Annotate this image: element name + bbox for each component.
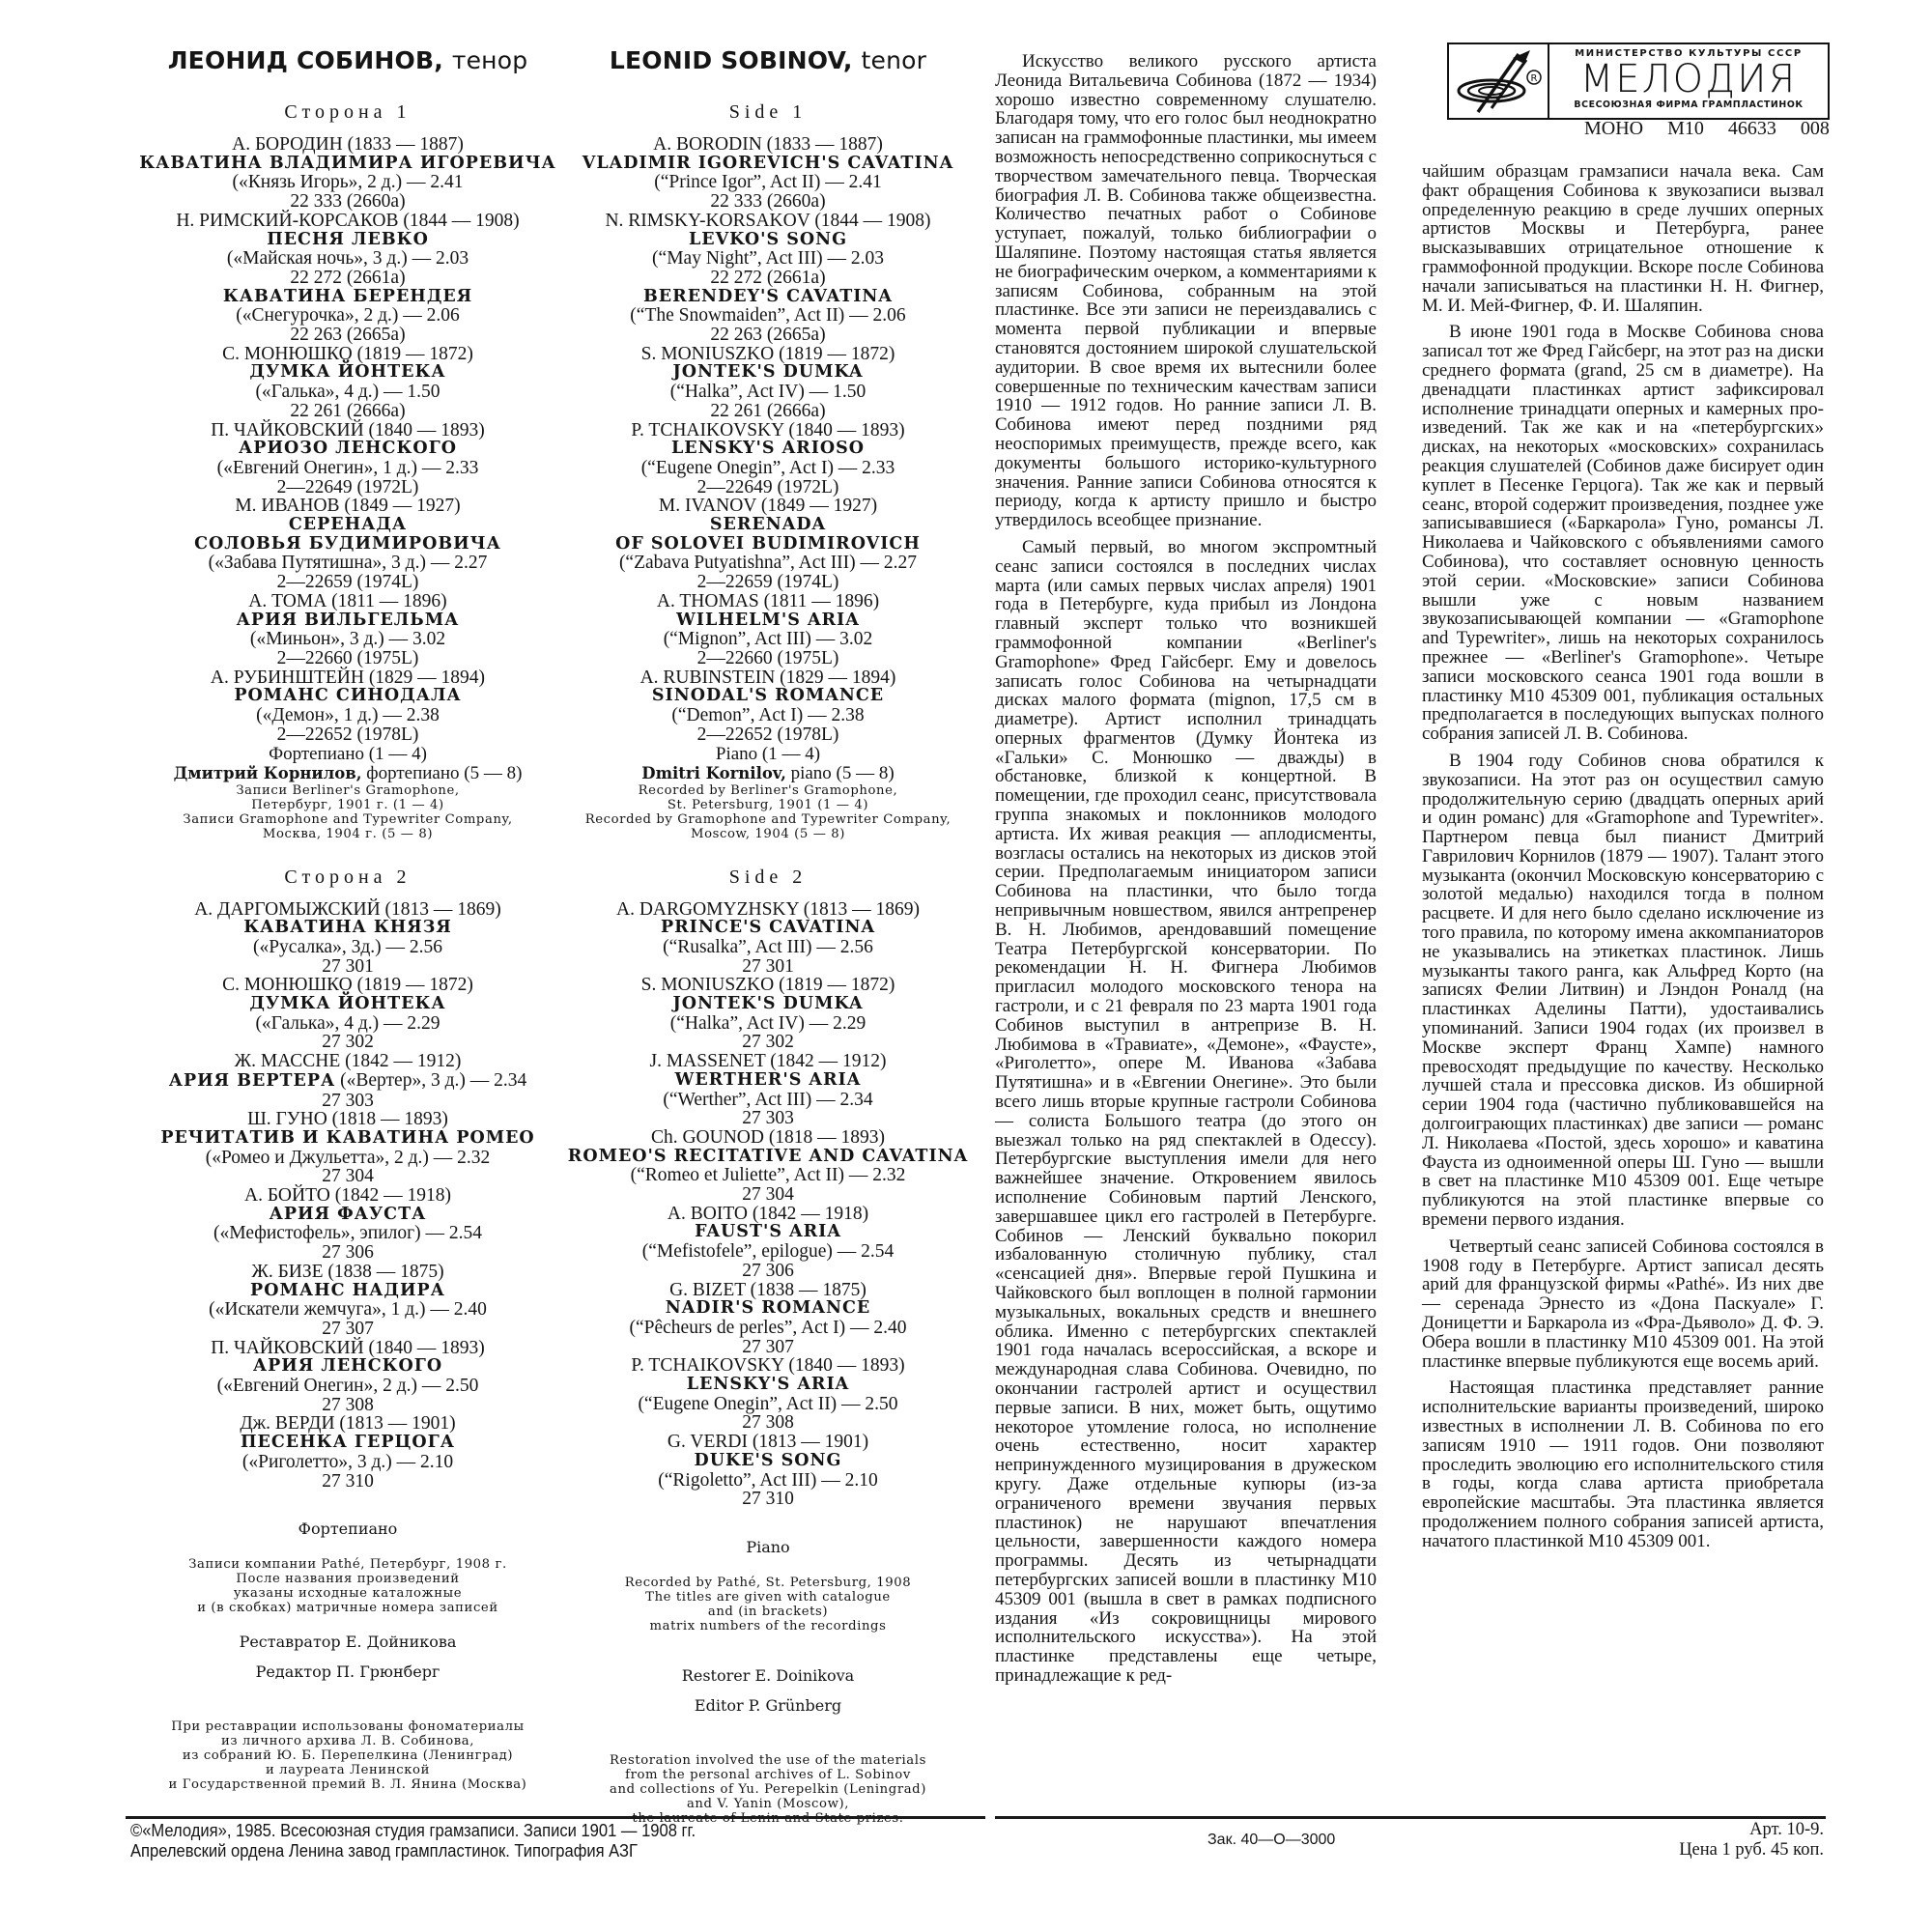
track-composer: Ж. МАССНЕ (1842 — 1912) [126,1052,570,1071]
track-en-1-1: A. BORODIN (1833 — 1887) VLADIMIR IGOREV… [560,135,976,212]
recording-note: и (в скобках) матричные номера записей [126,1601,570,1615]
track-source: («Миньон», 3 д.) — 3.02 [126,630,570,649]
track-title: JONTEK'S DUMKA [560,363,976,383]
track-title: DUKE'S SONG [560,1452,976,1471]
track-en-1-2: N. RIMSKY-KORSAKOV (1844 — 1908) LEVKO'S… [560,212,976,288]
pianist-name: Dmitri Kornilov, [641,764,786,782]
track-source: («Евгений Онегин», 2 д.) — 2.50 [126,1377,570,1396]
pianist-role: piano (5 — 8) [791,763,895,783]
track-catalog: 22 263 (2665а) [126,326,570,345]
track-title: ДУМКА ЙОНТЕКА [126,363,570,383]
track-catalog: 22 261 (2666а) [126,402,570,421]
track-catalog: 27 301 [126,957,570,977]
track-catalog: 22 333 (2660a) [560,192,976,212]
track-title: РЕЧИТАТИВ И КАВАТИНА РОМЕО [126,1129,570,1149]
track-source: (“Demon”, Act I) — 2.38 [560,706,976,725]
track-composer: P. TCHAIKOVSKY (1840 — 1893) [560,421,976,440]
restoration-note: and V. Yanin (Moscow), [560,1797,976,1811]
recording-note: Москва, 1904 г. (5 — 8) [126,827,570,841]
tracklist-russian: ЛЕОНИД СОБИНОВ, тенор Сторона 1 А. БОРОД… [126,0,570,1792]
track-ru-1-3: КАВАТИНА БЕРЕНДЕЯ («Снегурочка», 2 д.) —… [126,288,570,345]
restoration-note: из личного архива Л. В. Собинова, [126,1734,570,1748]
track-source: (“Halka”, Act IV) — 2.29 [560,1014,976,1034]
track-catalog: 27 306 [126,1243,570,1263]
track-source: (“Eugene Onegin”, Act II) — 2.50 [560,1395,976,1414]
essay-paragraph: Искусство великого русского артиста Леон… [995,52,1377,530]
recording-note: Recorded by Gramophone and Typewriter Co… [560,812,976,827]
track-composer: S. MONIUSZKO (1819 — 1872) [560,345,976,364]
track-composer: А. ДАРГОМЫЖСКИЙ (1813 — 1869) [126,900,570,920]
recording-note: The titles are given with catalogue [560,1590,976,1605]
track-composer: Н. РИМСКИЙ-КОРСАКОВ (1844 — 1908) [126,212,570,231]
track-source: (“May Night”, Act III) — 2.03 [560,249,976,269]
piano-credit-en-2: Piano [560,1538,976,1556]
track-en-1-6: M. IVANOV (1849 — 1927) SERENADA OF SOLO… [560,497,976,592]
side1-tracks-ru: А. БОРОДИН (1833 — 1887) КАВАТИНА ВЛАДИМ… [126,135,570,745]
track-composer: A. RUBINSTEIN (1829 — 1894) [560,668,976,688]
article-code: Арт. 10-9. [1679,1820,1824,1840]
track-en-1-5: P. TCHAIKOVSKY (1840 — 1893) LENSKY'S AR… [560,421,976,497]
track-title: КАВАТИНА КНЯЗЯ [126,919,570,938]
footer-divider-right [995,1816,1826,1819]
track-title: ПЕСНЯ ЛЕВКО [126,231,570,250]
track-catalog: 22 333 (2660а) [126,192,570,212]
track-title: АРИЯ ВИЛЬГЕЛЬМА [126,611,570,631]
track-title: LENSKY'S ARIOSO [560,440,976,459]
track-source: («Евгений Онегин», 1 д.) — 2.33 [126,459,570,478]
track-composer: П. ЧАЙКОВСКИЙ (1840 — 1893) [126,1339,570,1358]
side1-tracks-en: A. BORODIN (1833 — 1887) VLADIMIR IGOREV… [560,135,976,745]
track-composer: A. DARGOMYZHSKY (1813 — 1869) [560,900,976,920]
footer-publisher-info: ©«Мелодия», 1985. Всесоюзная студия грам… [130,1821,696,1861]
melodiya-record-emblem-icon: R [1449,44,1549,118]
track-catalog: 2—22649 (1972L) [126,478,570,497]
track-catalog: 27 303 [560,1109,976,1128]
track-source: («Демон», 1 д.) — 2.38 [126,706,570,725]
track-catalog: 2—22649 (1972L) [560,478,976,497]
footer-line-2: Апрелевский ордена Ленина завод грамплас… [130,1841,696,1861]
track-catalog: 27 310 [126,1472,570,1492]
track-title: РОМАНС НАДИРА [126,1282,570,1301]
track-title: FAUST'S ARIA [560,1223,976,1242]
track-source: («Галька», 4 д.) — 1.50 [126,383,570,402]
track-source: («Мефистофель», эпилог) — 2.54 [126,1224,570,1243]
tracklist-english: LEONID SOBINOV, tenor Side 1 A. BORODIN … [560,0,976,1826]
track-composer: J. MASSENET (1842 — 1912) [560,1052,976,1071]
track-composer: М. ИВАНОВ (1849 — 1927) [126,497,570,516]
restoration-note: При реставрации использованы фономатериа… [126,1719,570,1734]
track-source: («Вертер», 3 д.) — 2.34 [340,1070,526,1091]
track-source: («Русалка», 3д.) — 2.56 [126,938,570,957]
editor-credit-en: Editor P. Grünberg [560,1696,976,1715]
track-composer: P. TCHAIKOVSKY (1840 — 1893) [560,1356,976,1376]
track-title: АРИЯ ЛЕНСКОГО [126,1357,570,1377]
track-title: PRINCE'S CAVATINA [560,919,976,938]
side-label-en-2: Side 2 [560,867,976,889]
track-source: (“Mefistofele”, epilogue) — 2.54 [560,1242,976,1262]
recording-note: St. Petersburg, 1901 (1 — 4) [560,798,976,812]
catalog-number: МОНО М10 46633 008 [1584,118,1830,140]
track-composer: Ch. GOUNOD (1818 — 1893) [560,1128,976,1148]
track-ru-2-8: Дж. ВЕРДИ (1813 — 1901) ПЕСЕНКА ГЕРЦОГА … [126,1414,570,1491]
essay-paragraph: Самый первый, во многом экспромтный сеан… [995,538,1377,1686]
track-title: LENSKY'S ARIA [560,1376,976,1395]
track-title: ПЕСЕНКА ГЕРЦОГА [126,1434,570,1453]
essay-text: чайшим образцам грамзаписи начала века. … [1422,162,1824,1551]
pianist-credit-ru: Дмитрий Корнилов, фортепиано (5 — 8) [126,764,570,783]
track-en-2-5: A. BOITO (1842 — 1918) FAUST'S ARIA (“Me… [560,1205,976,1281]
track-catalog: 2—22660 (1975L) [560,649,976,668]
track-catalog: 27 304 [126,1167,570,1186]
side2-tracks-ru: А. ДАРГОМЫЖСКИЙ (1813 — 1869) КАВАТИНА К… [126,900,570,1492]
track-ru-1-6: М. ИВАНОВ (1849 — 1927) СЕРЕНАДА СОЛОВЬЯ… [126,497,570,592]
piano-credit-ru-2: Фортепиано [126,1520,570,1538]
track-title: SINODAL'S ROMANCE [560,687,976,706]
editor-credit-ru: Редактор П. Грюнберг [126,1662,570,1681]
track-catalog: 2—22659 (1974L) [126,573,570,592]
track-composer: А. РУБИНШТЕЙН (1829 — 1894) [126,668,570,688]
track-title: WERTHER'S ARIA [560,1071,976,1091]
track-catalog: 27 310 [560,1490,976,1509]
track-en-2-8: G. VERDI (1813 — 1901) DUKE'S SONG (“Rig… [560,1433,976,1509]
voice-type-en: tenor [861,46,926,74]
track-title: РОМАНС СИНОДАЛА [126,687,570,706]
side-label-ru-2: Сторона 2 [126,867,570,889]
track-composer: С. МОНЮШКО (1819 — 1872) [126,345,570,364]
track-composer: С. МОНЮШКО (1819 — 1872) [126,976,570,995]
track-source: («Искатели жемчуга», 1 д.) — 2.40 [126,1300,570,1320]
brand-name: МЕЛОДИЯ [1549,59,1828,99]
track-title: КАВАТИНА БЕРЕНДЕЯ [126,288,570,307]
essay-paragraph: чайшим образцам грамзаписи начала века. … [1422,162,1824,315]
track-source: (“Prince Igor”, Act II) — 2.41 [560,173,976,192]
recording-note: Moscow, 1904 (5 — 8) [560,827,976,841]
pianist-credit-en: Dmitri Kornilov, piano (5 — 8) [560,764,976,783]
track-title-line2: СОЛОВЬЯ БУДИМИРОВИЧА [126,535,570,554]
recording-note: Записи Gramophone and Typewriter Company… [126,812,570,827]
track-source: (“Pêcheurs de perles”, Act I) — 2.40 [560,1319,976,1338]
track-title: АРИОЗО ЛЕНСКОГО [126,440,570,459]
recording-notes-ru-2: Записи компании Pathé, Петербург, 1908 г… [126,1557,570,1615]
track-catalog: 27 302 [560,1033,976,1052]
track-title: VLADIMIR IGOREVICH'S CAVATINA [560,155,976,174]
track-title: ДУМКА ЙОНТЕКА [126,995,570,1014]
track-ru-2-4: Ш. ГУНО (1818 — 1893) РЕЧИТАТИВ И КАВАТИ… [126,1110,570,1186]
track-catalog: 22 263 (2665a) [560,326,976,345]
track-source: (“Halka”, Act IV) — 1.50 [560,383,976,402]
track-title: АРИЯ ФАУСТА [126,1206,570,1225]
track-title: JONTEK'S DUMKA [560,995,976,1014]
recording-note: указаны исходные каталожные [126,1586,570,1601]
track-ru-2-2: С. МОНЮШКО (1819 — 1872) ДУМКА ЙОНТЕКА (… [126,976,570,1052]
recording-note: После названия произведений [126,1572,570,1586]
restoration-note: и Государственной премий В. Л. Янина (Мо… [126,1777,570,1792]
recording-note: Recorded by Berliner's Gramophone, [560,783,976,798]
essay-paragraph: В 1904 году Собинов снова обратил­ся к з… [1422,752,1824,1230]
track-catalog: 27 308 [560,1413,976,1433]
track-source: (“The Snowmaiden”, Act II) — 2.06 [560,306,976,326]
restoration-notes-ru: При реставрации использованы фономатериа… [126,1719,570,1792]
track-en-1-3: BERENDEY'S CAVATINA (“The Snowmaiden”, A… [560,288,976,345]
track-ru-2-5: А. БОЙТО (1842 — 1918) АРИЯ ФАУСТА («Меф… [126,1186,570,1263]
track-ru-2-3: Ж. МАССНЕ (1842 — 1912) АРИЯ ВЕРТЕРА («В… [126,1052,570,1110]
essay-paragraph: Четвертый сеанс записей Собинова со­стоя… [1422,1237,1824,1372]
track-title: LEVKO'S SONG [560,231,976,250]
track-title: WILHELM'S ARIA [560,611,976,631]
track-catalog: 22 272 (2661а) [126,269,570,288]
track-composer: A. BOITO (1842 — 1918) [560,1205,976,1224]
track-catalog: 22 261 (2666a) [560,402,976,421]
track-composer: G. BIZET (1838 — 1875) [560,1281,976,1300]
essay-column-1: Искусство великого русского артиста Леон… [995,0,1377,1693]
svg-text:R: R [1531,73,1538,84]
track-ru-2-1: А. ДАРГОМЫЖСКИЙ (1813 — 1869) КАВАТИНА К… [126,900,570,977]
track-source: («Ромео и Джульетта», 2 д.) — 2.32 [126,1149,570,1168]
recording-note: matrix numbers of the recordings [560,1619,976,1634]
recording-note: Петербург, 1901 г. (1 — 4) [126,798,570,812]
track-source: («Забава Путятишна», 3 д.) — 2.27 [126,554,570,573]
restoration-note: и лауреата Ленинской [126,1763,570,1777]
header-en: LEONID SOBINOV, tenor [560,46,976,74]
track-catalog: 27 304 [560,1185,976,1205]
track-en-2-6: G. BIZET (1838 — 1875) NADIR'S ROMANCE (… [560,1281,976,1357]
track-catalog: 2—22659 (1974L) [560,573,976,592]
restoration-note: из собраний Ю. Б. Перепелкина (Ленинград… [126,1748,570,1763]
restoration-note: and collections of Yu. Perepelkin (Lenin… [560,1782,976,1797]
track-catalog: 22 272 (2661a) [560,269,976,288]
track-source: («Майская ночь», 3 д.) — 2.03 [126,249,570,269]
melodiya-wordmark: МИНИСТЕРСТВО КУЛЬТУРЫ СССР МЕЛОДИЯ ВСЕСО… [1549,44,1828,118]
footer-divider-left [126,1816,985,1819]
track-ru-1-5: П. ЧАЙКОВСКИЙ (1840 — 1893) АРИОЗО ЛЕНСК… [126,421,570,497]
restorer-credit-en: Restorer E. Doinikova [560,1666,976,1685]
footer-price-info: Арт. 10-9. Цена 1 руб. 45 коп. [1679,1820,1824,1861]
essay-paragraph: В июне 1901 года в Москве Собинова снова… [1422,323,1824,744]
track-composer: П. ЧАЙКОВСКИЙ (1840 — 1893) [126,421,570,440]
track-source: (“Romeo et Juliette”, Act II) — 2.32 [560,1166,976,1185]
track-source: (“Zabava Putyatishna”, Act III) — 2.27 [560,554,976,573]
track-ru-2-7: П. ЧАЙКОВСКИЙ (1840 — 1893) АРИЯ ЛЕНСКОГ… [126,1339,570,1415]
price: Цена 1 руб. 45 коп. [1679,1840,1824,1861]
track-source: (“Rigoletto”, Act III) — 2.10 [560,1471,976,1491]
restoration-notes-en: Restoration involved the use of the mate… [560,1753,976,1826]
track-en-1-4: S. MONIUSZKO (1819 — 1872) JONTEK'S DUMK… [560,345,976,421]
footer-line-1: ©«Мелодия», 1985. Всесоюзная студия грам… [130,1821,696,1841]
track-source: (“Werther”, Act III) — 2.34 [560,1091,976,1110]
track-ru-1-1: А. БОРОДИН (1833 — 1887) КАВАТИНА ВЛАДИМ… [126,135,570,212]
artist-name-ru: ЛЕОНИД СОБИНОВ, [168,46,443,74]
track-en-2-1: A. DARGOMYZHSKY (1813 — 1869) PRINCE'S C… [560,900,976,977]
track-catalog: 2—22652 (1978L) [560,725,976,745]
piano-credit-ru-1: Фортепиано (1 — 4) [126,745,570,764]
track-source: (“Eugene Onegin”, Act I) — 2.33 [560,459,976,478]
track-catalog: 27 301 [560,957,976,977]
track-ru-2-6: Ж. БИЗЕ (1838 — 1875) РОМАНС НАДИРА («Ис… [126,1263,570,1339]
mono-label: МОНО [1584,118,1643,139]
track-composer: M. IVANOV (1849 — 1927) [560,497,976,516]
essay-paragraph: Настоящая пластинка представляет ранние … [1422,1378,1824,1550]
track-catalog: 27 307 [560,1338,976,1357]
track-en-2-3: J. MASSENET (1842 — 1912) WERTHER'S ARIA… [560,1052,976,1128]
side-label-en-1: Side 1 [560,101,976,124]
track-title: АРИЯ ВЕРТЕРА [169,1071,336,1091]
restoration-note: from the personal archives of L. Sobinov [560,1768,976,1782]
recording-note: and (in brackets) [560,1605,976,1619]
restorer-credit-ru: Реставратор Е. Дойникова [126,1633,570,1651]
track-composer: А. БОРОДИН (1833 — 1887) [126,135,570,155]
track-title: SERENADA [560,516,976,535]
piano-credit-en-1: Piano (1 — 4) [560,745,976,764]
track-ru-1-8: А. РУБИНШТЕЙН (1829 — 1894) РОМАНС СИНОД… [126,668,570,745]
track-catalog: 27 302 [126,1033,570,1052]
track-composer: А. ТОМА (1811 — 1896) [126,592,570,611]
recording-note: Записи Berliner's Gramophone, [126,783,570,798]
track-catalog: 27 308 [126,1396,570,1415]
track-composer: N. RIMSKY-KORSAKOV (1844 — 1908) [560,212,976,231]
melodiya-logo: R МИНИСТЕРСТВО КУЛЬТУРЫ СССР МЕЛОДИЯ ВСЕ… [1447,43,1830,120]
track-composer: A. THOMAS (1811 — 1896) [560,592,976,611]
track-composer: G. VERDI (1813 — 1901) [560,1433,976,1452]
pianist-role: фортепиано (5 — 8) [366,763,522,783]
track-composer: A. BORODIN (1833 — 1887) [560,135,976,155]
recording-notes-ru-1: Записи Berliner's Gramophone, Петербург,… [126,783,570,841]
track-title: ROMEO'S RECITATIVE AND CAVATINA [560,1148,976,1167]
track-en-2-7: P. TCHAIKOVSKY (1840 — 1893) LENSKY'S AR… [560,1356,976,1433]
essay-text: Искусство великого русского артиста Леон… [995,52,1377,1686]
track-composer: А. БОЙТО (1842 — 1918) [126,1186,570,1206]
catalog-code: М10 46633 008 [1667,118,1830,139]
voice-type-ru: тенор [452,46,527,74]
track-ru-1-4: С. МОНЮШКО (1819 — 1872) ДУМКА ЙОНТЕКА (… [126,345,570,421]
track-title: СЕРЕНАДА [126,516,570,535]
order-number: Зак. 40—О—3000 [1207,1832,1335,1849]
track-source: (“Rusalka”, Act III) — 2.56 [560,938,976,957]
firm-label: ВСЕСОЮЗНАЯ ФИРМА ГРАМПЛАСТИНОК [1549,99,1828,110]
track-source: (“Mignon”, Act III) — 3.02 [560,630,976,649]
track-title-line: АРИЯ ВЕРТЕРА («Вертер», 3 д.) — 2.34 [126,1071,570,1092]
track-source: («Князь Игорь», 2 д.) — 2.41 [126,173,570,192]
artist-name-en: LEONID SOBINOV, [610,46,853,74]
track-composer: Ш. ГУНО (1818 — 1893) [126,1110,570,1129]
track-en-1-8: A. RUBINSTEIN (1829 — 1894) SINODAL'S RO… [560,668,976,745]
track-catalog: 27 303 [126,1092,570,1111]
track-ru-1-7: А. ТОМА (1811 — 1896) АРИЯ ВИЛЬГЕЛЬМА («… [126,592,570,668]
side-label-ru-1: Сторона 1 [126,101,570,124]
track-ru-1-2: Н. РИМСКИЙ-КОРСАКОВ (1844 — 1908) ПЕСНЯ … [126,212,570,288]
track-composer: S. MONIUSZKO (1819 — 1872) [560,976,976,995]
track-catalog: 2—22652 (1978L) [126,725,570,745]
track-en-2-4: Ch. GOUNOD (1818 — 1893) ROMEO'S RECITAT… [560,1128,976,1205]
track-composer: Ж. БИЗЕ (1838 — 1875) [126,1263,570,1282]
recording-notes-en-1: Recorded by Berliner's Gramophone, St. P… [560,783,976,841]
recording-notes-en-2: Recorded by Pathé, St. Petersburg, 1908 … [560,1576,976,1634]
recording-note: Записи компании Pathé, Петербург, 1908 г… [126,1557,570,1572]
track-en-2-2: S. MONIUSZKO (1819 — 1872) JONTEK'S DUMK… [560,976,976,1052]
track-title: NADIR'S ROMANCE [560,1299,976,1319]
track-title: BERENDEY'S CAVATINA [560,288,976,307]
track-composer: Дж. ВЕРДИ (1813 — 1901) [126,1414,570,1434]
track-title: КАВАТИНА ВЛАДИМИРА ИГОРЕВИЧА [126,155,570,174]
track-source: («Галька», 4 д.) — 2.29 [126,1014,570,1034]
track-catalog: 2—22660 (1975L) [126,649,570,668]
essay-column-2: чайшим образцам грамзаписи начала века. … [1422,145,1824,1559]
header-ru: ЛЕОНИД СОБИНОВ, тенор [126,46,570,74]
recording-note: Recorded by Pathé, St. Petersburg, 1908 [560,1576,976,1590]
track-catalog: 27 307 [126,1320,570,1339]
side2-tracks-en: A. DARGOMYZHSKY (1813 — 1869) PRINCE'S C… [560,900,976,1510]
track-catalog: 27 306 [560,1262,976,1281]
track-source: («Риголетто», 3 д.) — 2.10 [126,1453,570,1472]
track-source: («Снегурочка», 2 д.) — 2.06 [126,306,570,326]
pianist-name: Дмитрий Корнилов, [174,764,362,782]
track-en-1-7: A. THOMAS (1811 — 1896) WILHELM'S ARIA (… [560,592,976,668]
track-title-line2: OF SOLOVEI BUDIMIROVICH [560,535,976,554]
restoration-note: Restoration involved the use of the mate… [560,1753,976,1768]
